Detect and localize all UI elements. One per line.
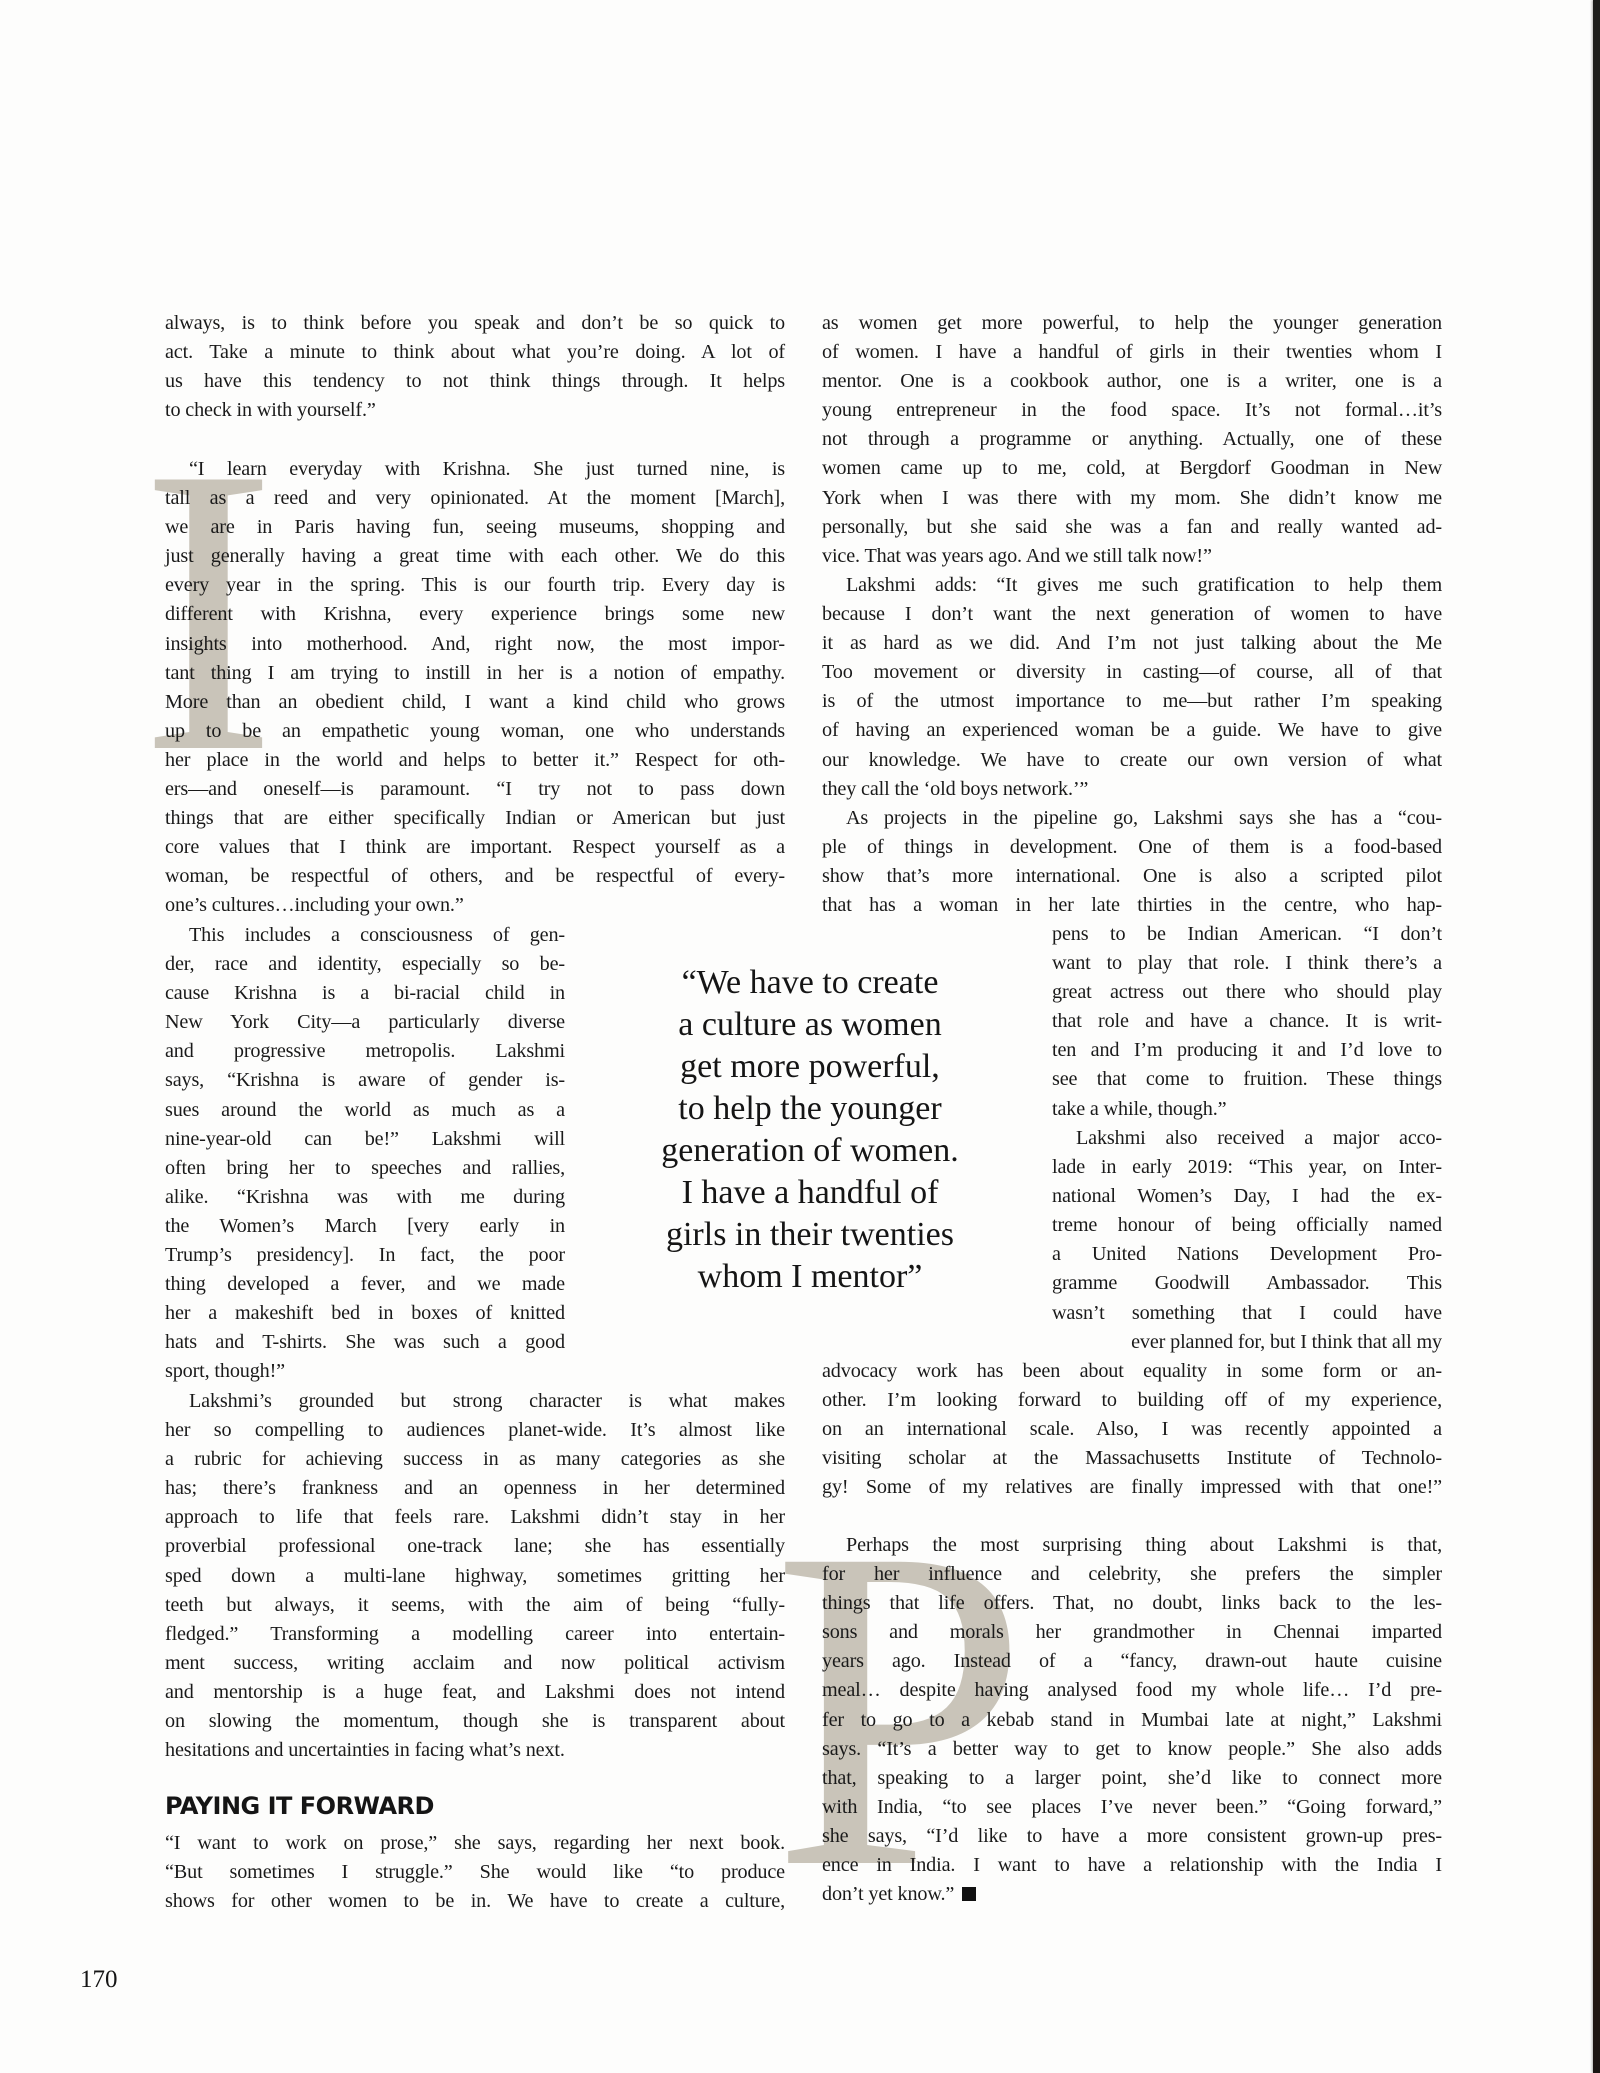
page-number: 170 bbox=[80, 1966, 118, 1994]
text-line: her place in the world and helps to bett… bbox=[165, 746, 785, 775]
text-line: on an international scale. Also, I was r… bbox=[822, 1415, 1442, 1444]
text-line: This includes a consciousness of gen- bbox=[165, 921, 565, 950]
text-line: thing developed a fever, and we made bbox=[165, 1270, 565, 1299]
text-line: cause Krishna is a bi-racial child in bbox=[165, 979, 565, 1008]
text-line: show that’s more international. One is a… bbox=[822, 862, 1442, 891]
end-mark-square-icon bbox=[962, 1887, 976, 1901]
right-paragraph-5: Perhaps the most surprising thing about … bbox=[822, 1531, 1442, 1909]
text-line: hats and T-shirts. She was such a good bbox=[165, 1328, 565, 1357]
text-line: More than an obedient child, I want a ki… bbox=[165, 688, 785, 717]
text-line: der, race and identity, especially so be… bbox=[165, 950, 565, 979]
text-line: young entrepreneur in the food space. It… bbox=[822, 396, 1442, 425]
text-line: with India, “to see places I’ve never be… bbox=[822, 1793, 1442, 1822]
text-line: ple of things in development. One of the… bbox=[822, 833, 1442, 862]
left-paragraph-2: “I learn everyday with Krishna. She just… bbox=[165, 455, 785, 921]
text-line: one’s cultures…including your own.” bbox=[165, 891, 785, 920]
text-line: our knowledge. We have to create our own… bbox=[822, 746, 1442, 775]
text-line: visiting scholar at the Massachusetts In… bbox=[822, 1444, 1442, 1473]
text-line: she says, “I’d like to have a more consi… bbox=[822, 1822, 1442, 1851]
right-paragraph-4-narrow: Lakshmi also received a major acco- lade… bbox=[1052, 1124, 1442, 1357]
text-line: As projects in the pipeline go, Lakshmi … bbox=[822, 804, 1442, 833]
text-line: personally, but she said she was a fan a… bbox=[822, 513, 1442, 542]
text-line: that role and have a chance. It is writ- bbox=[1052, 1007, 1442, 1036]
text-line: gy! Some of my relatives are finally imp… bbox=[822, 1473, 1442, 1502]
text-line: for her influence and celebrity, she pre… bbox=[822, 1560, 1442, 1589]
text-line: ten and I’m producing it and I’d love to bbox=[1052, 1036, 1442, 1065]
text-line: sons and morals her grandmother in Chenn… bbox=[822, 1618, 1442, 1647]
text-line: insights into motherhood. And, right now… bbox=[165, 630, 785, 659]
text-line: to check in with yourself.” bbox=[165, 396, 785, 425]
text-line: is of the utmost importance to me—but ra… bbox=[822, 687, 1442, 716]
text-line: treme honour of being officially named bbox=[1052, 1211, 1442, 1240]
text-line: approach to life that feels rare. Lakshm… bbox=[165, 1503, 785, 1532]
right-paragraph-3: As projects in the pipeline go, Lakshmi … bbox=[822, 804, 1442, 920]
text-line: women came up to me, cold, at Bergdorf G… bbox=[822, 454, 1442, 483]
text-line: Trump’s presidency]. In fact, the poor bbox=[165, 1241, 565, 1270]
adjacent-page-edge bbox=[1593, 0, 1600, 2073]
text-line: we are in Paris having fun, seeing museu… bbox=[165, 513, 785, 542]
text-line: the Women’s March [very early in bbox=[165, 1212, 565, 1241]
text-line: because I don’t want the next generation… bbox=[822, 600, 1442, 629]
text-line: pens to be Indian American. “I don’t bbox=[1052, 920, 1442, 949]
right-column: as women get more powerful, to help the … bbox=[822, 309, 1442, 1969]
text-line: Lakshmi’s grounded but strong character … bbox=[165, 1387, 785, 1416]
text-line: often bring her to speeches and rallies, bbox=[165, 1154, 565, 1183]
text-line: just generally having a great time with … bbox=[165, 542, 785, 571]
text-line: ers—and oneself—is paramount. “I try not… bbox=[165, 775, 785, 804]
text-line: see that come to fruition. These things bbox=[1052, 1065, 1442, 1094]
section-heading: PAYING IT FORWARD bbox=[165, 1792, 434, 1820]
text-line: wasn’t something that I could have bbox=[1052, 1299, 1442, 1328]
text-line: “I learn everyday with Krishna. She just… bbox=[165, 455, 785, 484]
text-line: up to be an empathetic young woman, one … bbox=[165, 717, 785, 746]
text-line: Lakshmi adds: “It gives me such gratific… bbox=[822, 571, 1442, 600]
text-line: that has a woman in her late thirties in… bbox=[822, 891, 1442, 920]
text-line: tall as a reed and very opinionated. At … bbox=[165, 484, 785, 513]
right-paragraph-2: Lakshmi adds: “It gives me such gratific… bbox=[822, 571, 1442, 804]
text-line: things that are either specifically Indi… bbox=[165, 804, 785, 833]
text-line: sport, though!” bbox=[165, 1357, 565, 1386]
text-line: fledged.” Transforming a modelling caree… bbox=[165, 1620, 785, 1649]
magazine-page: I P always, is to think before you speak… bbox=[0, 0, 1600, 2073]
text-line: as women get more powerful, to help the … bbox=[822, 309, 1442, 338]
text-line: ence in India. I want to have a relation… bbox=[822, 1851, 1442, 1880]
right-paragraph-3-narrow: pens to be Indian American. “I don’t wan… bbox=[1052, 920, 1442, 1124]
text-line: proverbial professional one-track lane; … bbox=[165, 1532, 785, 1561]
text-line: want to play that role. I think there’s … bbox=[1052, 949, 1442, 978]
text-line: “But sometimes I struggle.” She would li… bbox=[165, 1858, 785, 1887]
text-line: hesitations and uncertainties in facing … bbox=[165, 1736, 785, 1765]
text-line: mentor. One is a cookbook author, one is… bbox=[822, 367, 1442, 396]
left-paragraph-4: Lakshmi’s grounded but strong character … bbox=[165, 1387, 785, 1765]
text-line: other. I’m looking forward to building o… bbox=[822, 1386, 1442, 1415]
text-line: a rubric for achieving success in as man… bbox=[165, 1445, 785, 1474]
text-line: alike. “Krishna was with me during bbox=[165, 1183, 565, 1212]
text-line: great actress out there who should play bbox=[1052, 978, 1442, 1007]
text-line: New York City—a particularly diverse bbox=[165, 1008, 565, 1037]
text-line: it as hard as we did. And I’m not just t… bbox=[822, 629, 1442, 658]
text-line: Lakshmi also received a major acco- bbox=[1052, 1124, 1442, 1153]
text-line: tant thing I am trying to instill in her… bbox=[165, 659, 785, 688]
text-line: Too movement or diversity in casting—of … bbox=[822, 658, 1442, 687]
text-line: core values that I think are important. … bbox=[165, 833, 785, 862]
text-line: nine-year-old can be!” Lakshmi will bbox=[165, 1125, 565, 1154]
text-line: act. Take a minute to think about what y… bbox=[165, 338, 785, 367]
text-line: sues around the world as much as a bbox=[165, 1096, 565, 1125]
text-line: sped down a multi-lane highway, sometime… bbox=[165, 1562, 785, 1591]
text-line: of women. I have a handful of girls in t… bbox=[822, 338, 1442, 367]
left-paragraph-5: “I want to work on prose,” she says, reg… bbox=[165, 1829, 785, 1916]
text-line: her a makeshift bed in boxes of knitted bbox=[165, 1299, 565, 1328]
text-line: fer to go to a kebab stand in Mumbai lat… bbox=[822, 1706, 1442, 1735]
text-line: teeth but always, it seems, with the aim… bbox=[165, 1591, 785, 1620]
text-line: a United Nations Development Pro- bbox=[1052, 1240, 1442, 1269]
text-line: national Women’s Day, I had the ex- bbox=[1052, 1182, 1442, 1211]
text-line: says, “Krishna is aware of gender is- bbox=[165, 1066, 565, 1095]
text-line: shows for other women to be in. We have … bbox=[165, 1887, 785, 1916]
text-line: gramme Goodwill Ambassador. This bbox=[1052, 1269, 1442, 1298]
text-line: that, speaking to a larger point, she’d … bbox=[822, 1764, 1442, 1793]
text-line: Perhaps the most surprising thing about … bbox=[822, 1531, 1442, 1560]
text-line: not through a programme or anything. Act… bbox=[822, 425, 1442, 454]
text-line: on slowing the momentum, though she is t… bbox=[165, 1707, 785, 1736]
text-line: of having an experienced woman be a guid… bbox=[822, 716, 1442, 745]
text-line: says. “It’s a better way to get to know … bbox=[822, 1735, 1442, 1764]
text-line: lade in early 2019: “This year, on Inter… bbox=[1052, 1153, 1442, 1182]
text-line: vice. That was years ago. And we still t… bbox=[822, 542, 1442, 571]
text-line: ment success, writing acclaim and now po… bbox=[165, 1649, 785, 1678]
text-line: always, is to think before you speak and… bbox=[165, 309, 785, 338]
final-line-text: don’t yet know.” bbox=[822, 1883, 954, 1905]
left-paragraph-1: always, is to think before you speak and… bbox=[165, 309, 785, 425]
text-line: don’t yet know.” bbox=[822, 1880, 1442, 1909]
text-line: us have this tendency to not think thing… bbox=[165, 367, 785, 396]
left-paragraph-3: This includes a consciousness of gen- de… bbox=[165, 921, 565, 1387]
text-line: years ago. Instead of a “fancy, drawn-ou… bbox=[822, 1647, 1442, 1676]
text-line: things that life offers. That, no doubt,… bbox=[822, 1589, 1442, 1618]
text-line: and mentorship is a huge feat, and Laksh… bbox=[165, 1678, 785, 1707]
text-line: ever planned for, but I think that all m… bbox=[1052, 1328, 1442, 1357]
right-paragraph-4: advocacy work has been about equality in… bbox=[822, 1357, 1442, 1502]
text-line: meal… despite having analysed food my wh… bbox=[822, 1676, 1442, 1705]
text-line: every year in the spring. This is our fo… bbox=[165, 571, 785, 600]
text-line: York when I was there with my mom. She d… bbox=[822, 484, 1442, 513]
text-line: different with Krishna, every experience… bbox=[165, 600, 785, 629]
text-line: woman, be respectful of others, and be r… bbox=[165, 862, 785, 891]
text-line: her so compelling to audiences planet-wi… bbox=[165, 1416, 785, 1445]
text-line: has; there’s frankness and an openness i… bbox=[165, 1474, 785, 1503]
text-line: advocacy work has been about equality in… bbox=[822, 1357, 1442, 1386]
text-line: take a while, though.” bbox=[1052, 1095, 1442, 1124]
text-line: “I want to work on prose,” she says, reg… bbox=[165, 1829, 785, 1858]
text-line: they call the ‘old boys network.’” bbox=[822, 775, 1442, 804]
right-paragraph-1: as women get more powerful, to help the … bbox=[822, 309, 1442, 571]
text-line: and progressive metropolis. Lakshmi bbox=[165, 1037, 565, 1066]
